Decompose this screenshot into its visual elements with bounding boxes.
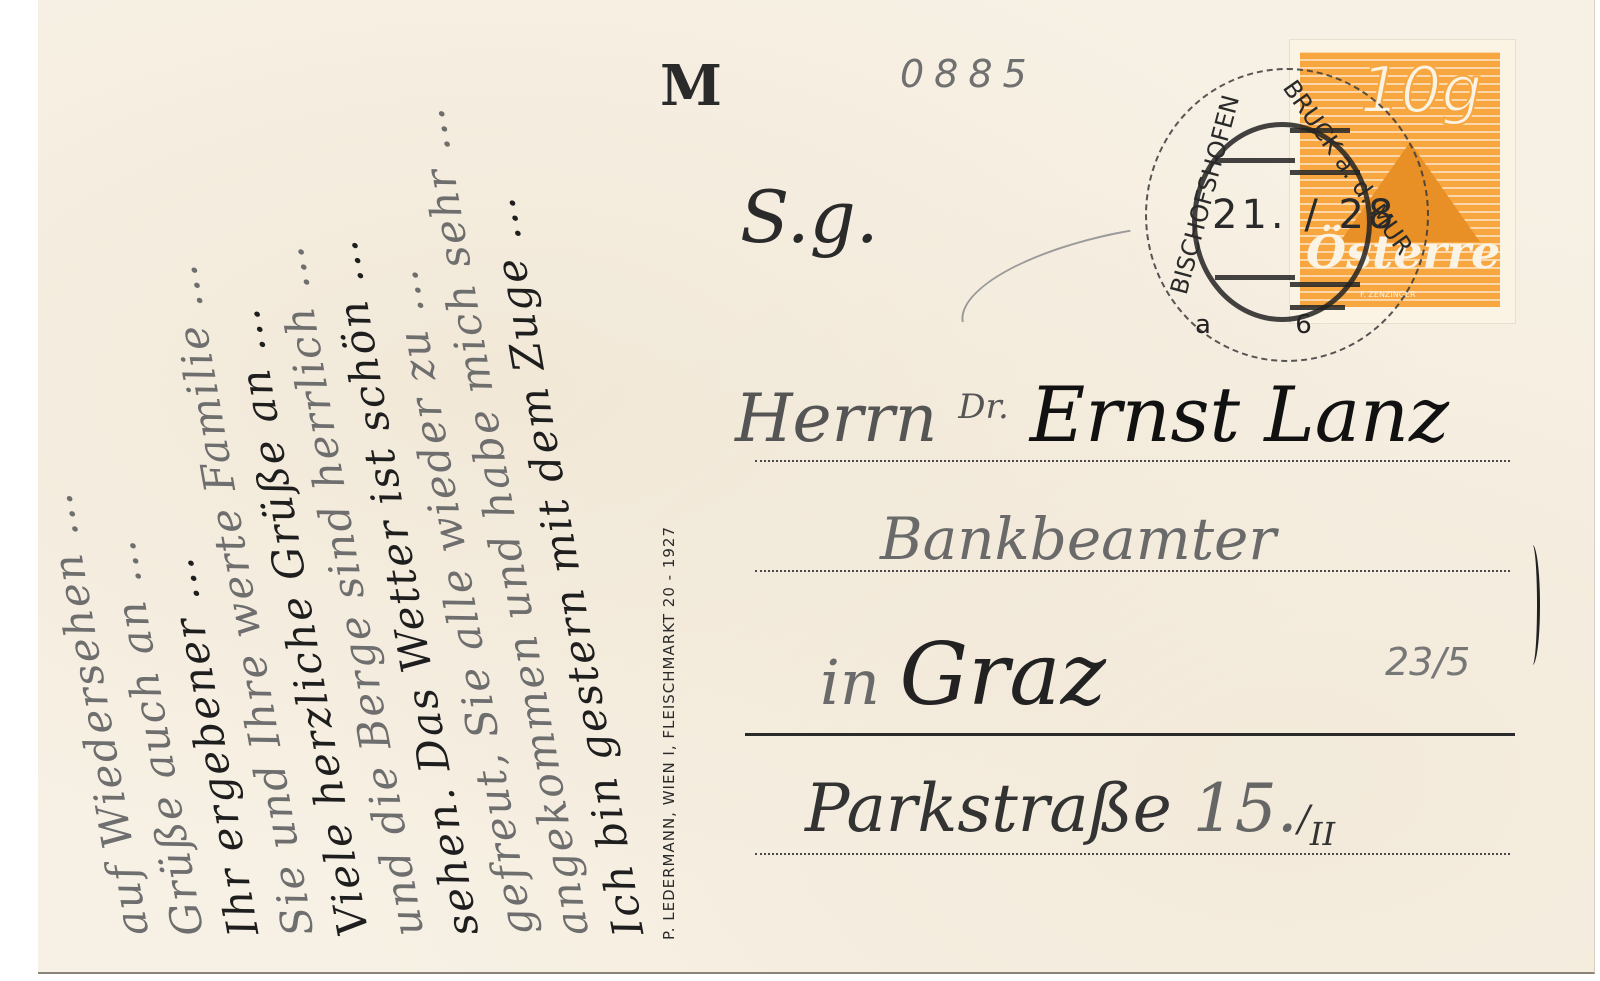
postmark-bottom-marks: a 6: [1195, 310, 1350, 340]
pencil-bracket: [1525, 545, 1540, 665]
recipient-occupation: Bankbeamter: [880, 505, 1276, 573]
postmark-bar: [1215, 275, 1295, 280]
recipient-street: Parkstraße 15./II: [805, 770, 1335, 853]
address-line-3: [745, 733, 1515, 736]
archive-number: 0885: [900, 52, 1037, 96]
address-line-1: [755, 460, 1510, 462]
salutation: S.g.: [740, 175, 879, 259]
publisher-logo-icon: M: [660, 58, 712, 114]
address-line-4: [755, 853, 1510, 855]
recipient-city: in Graz: [820, 625, 1106, 725]
postmark-bar: [1290, 282, 1360, 287]
recipient-name: Herrn Dr. Ernst Lanz: [735, 370, 1449, 459]
publisher-imprint: P. LEDERMANN, WIEN I, FLEISCHMARKT 20 - …: [660, 526, 678, 940]
pencil-note: 23/5: [1385, 640, 1470, 684]
handwritten-message: Ich bin gestern mit dem Zuge ... angekom…: [45, 40, 645, 950]
